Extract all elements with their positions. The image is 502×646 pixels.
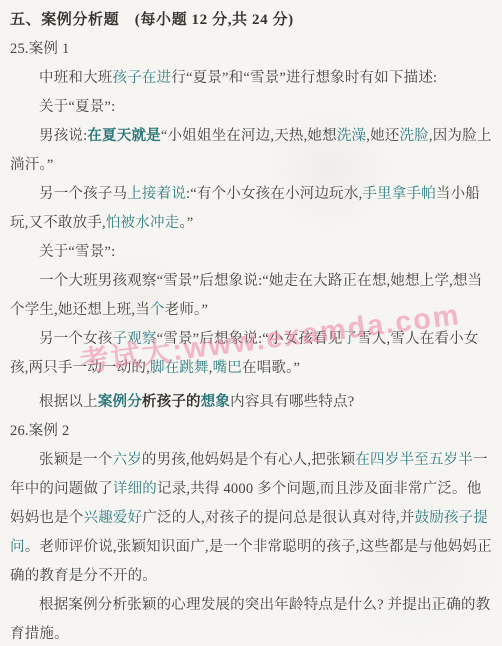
text-segment: 五、案例分析题 (每小题 12 分,共 24 分)	[10, 12, 294, 28]
text-segment: 行“夏景”和“雪景”进行想象时有如下描述:	[171, 70, 437, 86]
question-1: 根据以上案例分析孩子的想象内容具有哪些特点?	[10, 388, 492, 417]
text-segment: 手里拿手帕	[362, 186, 436, 202]
text-segment: 另一个孩子马	[39, 186, 127, 202]
question-2: 根据案例分析张颖的心理发展的突出年龄特点是什么? 并提出正确的教育措施。	[10, 591, 492, 646]
text-segment: 广泛的人,对孩子的提问总是很认真对待,并	[142, 510, 414, 526]
text-segment: “小姐姐坐在河边,天热,她想	[161, 128, 337, 144]
text-segment: 洗澡	[337, 128, 366, 144]
text-segment: 另一个女孩	[39, 331, 113, 347]
exam-paper: 五、案例分析题 (每小题 12 分,共 24 分)25.案例 1中班和大班孩子在…	[0, 0, 502, 646]
text-segment: 孩子在进	[113, 70, 172, 86]
text-segment: 张颖是一个	[39, 452, 113, 468]
text-segment: 根据案例分析张颖的心理发展的突出年龄特点是什么? 并提出正确的教育措施。	[10, 597, 490, 642]
text-segment: :“有个小女孩在小河边玩水,	[186, 186, 362, 202]
text-segment: 一个大班男孩观察“雪景”后想象说:“她走在大路正在想,她想上学,想当个学生,她还…	[10, 273, 482, 318]
case-1-label: 25.案例 1	[10, 35, 492, 64]
case-1-intro: 中班和大班孩子在进行“夏景”和“雪景”进行想象时有如下描述:	[10, 64, 492, 93]
text-segment: 关于“雪景”:	[39, 244, 115, 260]
text-segment: 析孩子的	[142, 394, 201, 410]
text-segment: 案例分	[98, 394, 142, 410]
older-boy-quote: 一个大班男孩观察“雪景”后想象说:“她走在大路正在想,她想上学,想当个学生,她还…	[10, 267, 492, 325]
text-segment: 男孩说:	[39, 128, 87, 144]
text-segment: 嘴巴	[213, 360, 242, 376]
snow-label: 关于“雪景”:	[10, 238, 492, 267]
text-segment: 想象	[201, 394, 230, 410]
second-child-quote: 另一个孩子马上接着说:“有个小女孩在小河边玩水,手里拿手帕当小船玩,又不敢放手,…	[10, 180, 492, 238]
text-segment: 在唱歌。”	[242, 360, 300, 376]
text-segment: 的男孩,他妈妈是个有心人,把张颖	[142, 452, 355, 468]
text-segment: 脚在跳舞	[150, 360, 209, 376]
case-2-body: 张颖是一个六岁的男孩,他妈妈是个有心人,把张颖在四岁半至五岁半一年中的问题做了详…	[10, 446, 492, 591]
text-segment: 内容具有哪些特点?	[230, 394, 354, 410]
text-segment: 在夏天就是	[87, 128, 161, 144]
text-segment: 详细的	[113, 481, 157, 497]
text-segment: ,她还	[366, 128, 399, 144]
text-segment: 26.案例 2	[10, 423, 69, 439]
case-2-label: 26.案例 2	[10, 417, 492, 446]
text-segment: 六岁	[113, 452, 142, 468]
text-segment: “雪景”后想象说:“小女孩看见	[157, 331, 343, 347]
text-segment: 根据以上	[39, 394, 98, 410]
text-segment: 老师。”	[165, 302, 209, 318]
text-segment: 了	[342, 331, 357, 347]
text-segment: 怕被水冲走	[106, 215, 180, 231]
text-segment: 在四岁半至五岁半	[355, 452, 473, 468]
text-segment: 。老师评价说,张颖知识面广,是一个非常聪明的孩子,这些都是与他妈妈正确的教育是分…	[10, 539, 492, 584]
text-segment: 上接着说	[127, 186, 186, 202]
section-title: 五、案例分析题 (每小题 12 分,共 24 分)	[10, 6, 492, 35]
text-segment: 关于“夏景”:	[39, 99, 115, 115]
text-segment: 25.案例 1	[10, 41, 69, 57]
text-segment: 兴趣爱好	[84, 510, 143, 526]
text-segment: 子观察	[113, 331, 157, 347]
girl-quote: 另一个女孩子观察“雪景”后想象说:“小女孩看见了雪人,雪人在看小女孩,两只手一动…	[10, 325, 492, 383]
text-segment: 中班和大班	[39, 70, 113, 86]
summer-label: 关于“夏景”:	[10, 93, 492, 122]
text-segment: 。”	[179, 215, 193, 231]
text-segment: 个	[150, 302, 165, 318]
boy-quote: 男孩说:在夏天就是“小姐姐坐在河边,天热,她想洗澡,她还洗脸,因为脸上淌汗。”	[10, 122, 492, 180]
text-segment: 洗脸	[399, 128, 428, 144]
exam-content: 五、案例分析题 (每小题 12 分,共 24 分)25.案例 1中班和大班孩子在…	[10, 6, 492, 646]
